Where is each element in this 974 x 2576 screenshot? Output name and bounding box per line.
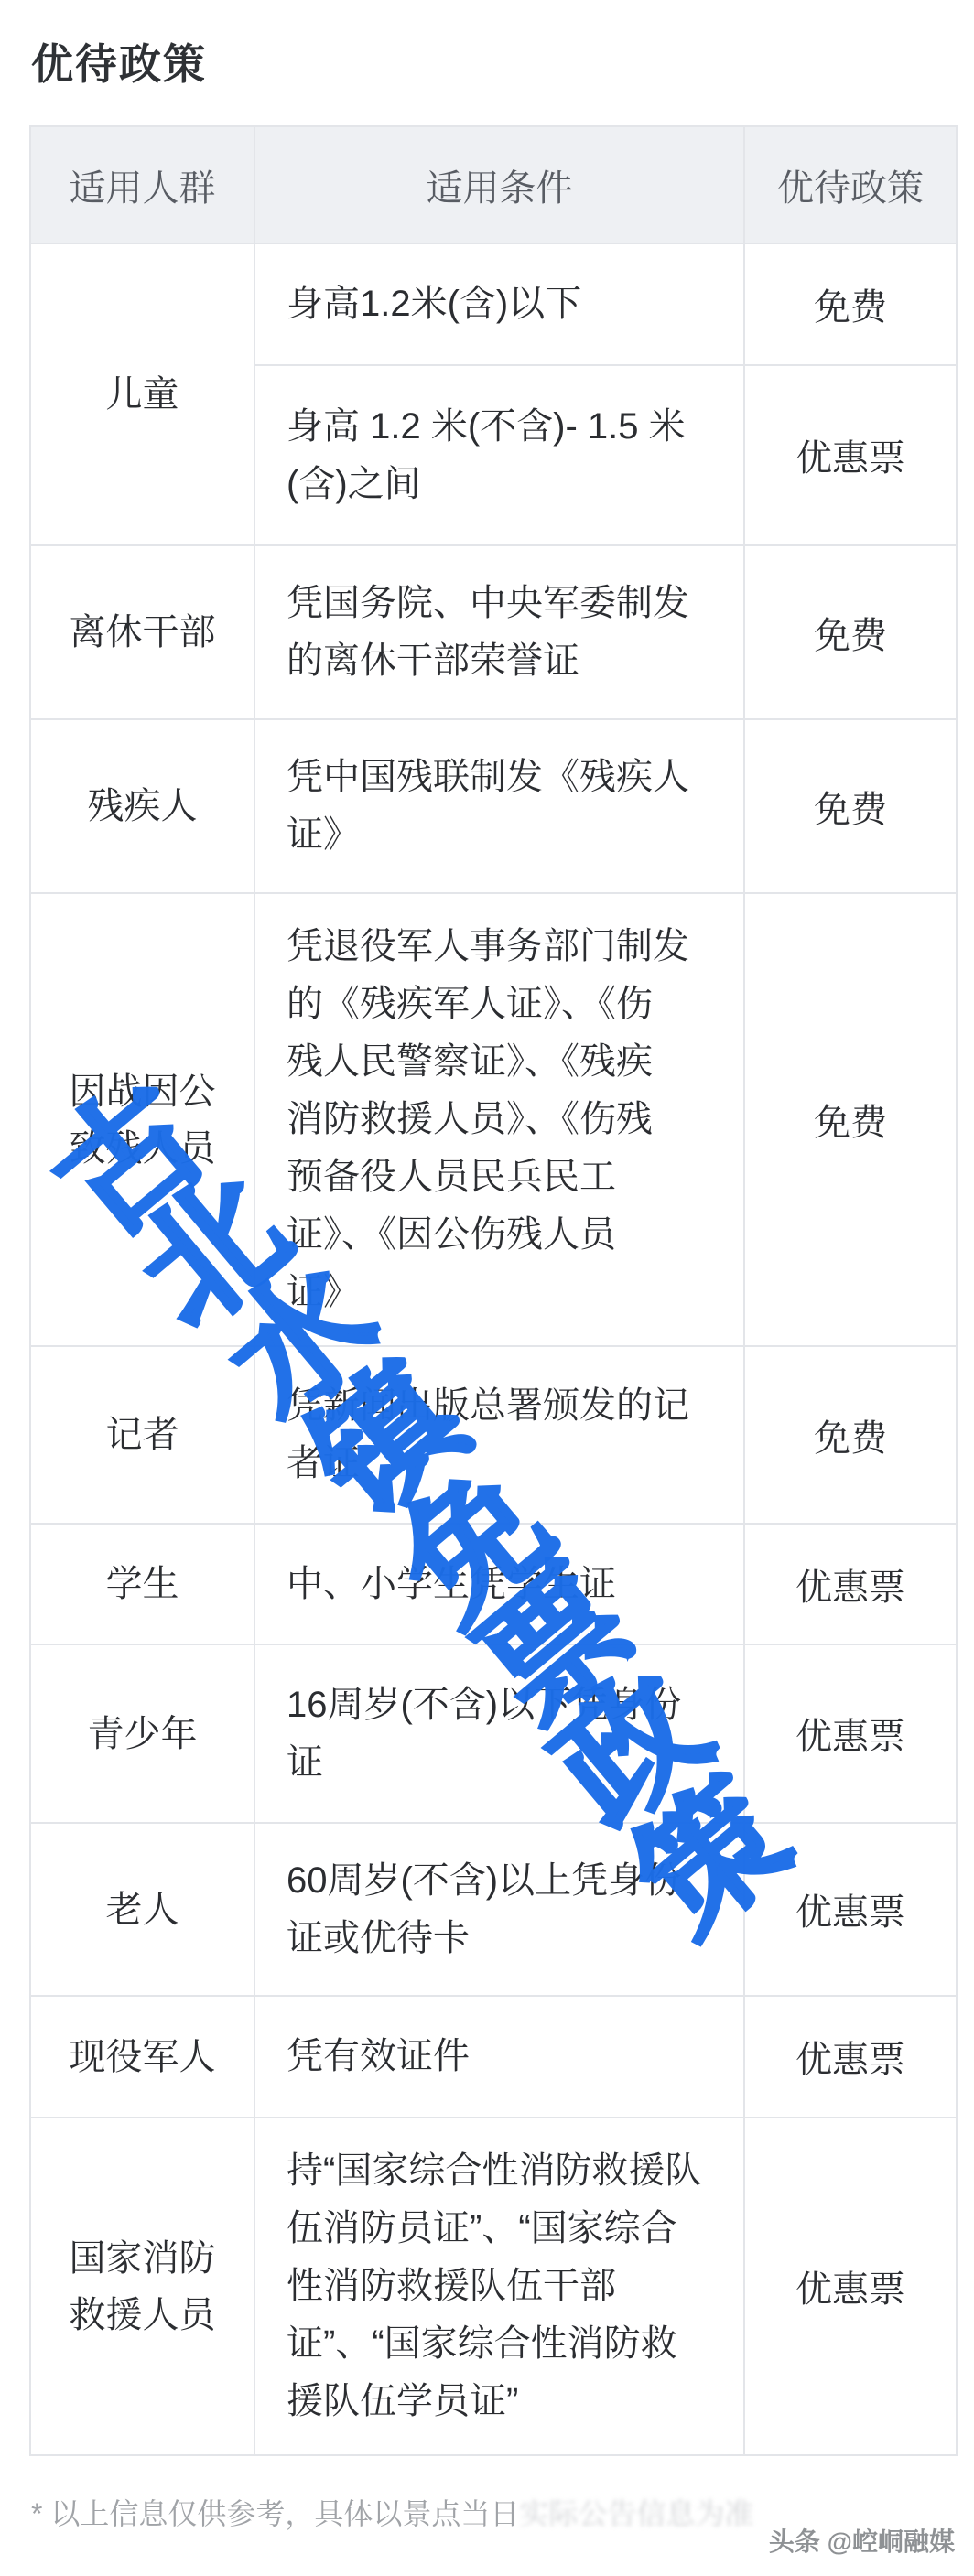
policy-cell: 免费 (744, 1346, 957, 1524)
policy-cell: 优惠票 (744, 1524, 957, 1644)
policy-cell: 优惠票 (744, 365, 957, 545)
policy-cell: 优惠票 (744, 1823, 957, 1996)
table-row: 因战因公 致残人员 凭退役军人事务部门制发 的《残疾军人证》、《伤 残人民警察证… (30, 893, 957, 1346)
footnote-visible-text: * 以上信息仅供参考，具体以景点当日 (31, 2497, 519, 2530)
preferential-policy-table: 适用人群 适用条件 优待政策 儿童 身高1.2米(含)以下 免费 身高 1.2 … (29, 125, 958, 2456)
condition-cell: 持“国家综合性消防救援队 伍消防员证”、“国家综合 性消防救援队伍干部 证”、“… (254, 2118, 744, 2455)
policy-cell: 优惠票 (744, 2118, 957, 2455)
column-header-conditions: 适用条件 (254, 126, 744, 243)
condition-cell: 60周岁(不含)以上凭身份 证或优待卡 (254, 1823, 744, 1996)
group-cell-retired-cadre: 离休干部 (30, 545, 254, 719)
group-cell-active-military: 现役军人 (30, 1996, 254, 2118)
table-row: 国家消防 救援人员 持“国家综合性消防救援队 伍消防员证”、“国家综合 性消防救… (30, 2118, 957, 2455)
condition-cell: 身高 1.2 米(不含)- 1.5 米 (含)之间 (254, 365, 744, 545)
footnote: * 以上信息仅供参考，具体以景点当日实际公告信息为准 (31, 2491, 753, 2533)
policy-cell: 免费 (744, 719, 957, 893)
page-title: 优待政策 (31, 31, 207, 92)
table-header-row: 适用人群 适用条件 优待政策 (30, 126, 957, 243)
group-cell-journalist: 记者 (30, 1346, 254, 1524)
condition-cell: 凭有效证件 (254, 1996, 744, 2118)
condition-cell: 凭退役军人事务部门制发 的《残疾军人证》、《伤 残人民警察证》、《残疾 消防救援… (254, 893, 744, 1346)
condition-cell: 身高1.2米(含)以下 (254, 243, 744, 365)
policy-cell: 免费 (744, 243, 957, 365)
group-cell-fire-rescue: 国家消防 救援人员 (30, 2118, 254, 2455)
table-row: 离休干部 凭国务院、中央军委制发 的离休干部荣誉证 免费 (30, 545, 957, 719)
table-row: 学生 中、小学生凭学生证 优惠票 (30, 1524, 957, 1644)
group-cell-war-disabled: 因战因公 致残人员 (30, 893, 254, 1346)
policy-cell: 免费 (744, 545, 957, 719)
group-cell-senior: 老人 (30, 1823, 254, 1996)
policy-cell: 优惠票 (744, 1996, 957, 2118)
condition-cell: 16周岁(不含)以下凭身份 证 (254, 1644, 744, 1823)
footnote-blurred-text: 实际公告信息为准 (519, 2497, 753, 2530)
table-row: 儿童 身高1.2米(含)以下 免费 (30, 243, 957, 365)
column-header-policy: 优待政策 (744, 126, 957, 243)
policy-cell: 免费 (744, 893, 957, 1346)
group-cell-student: 学生 (30, 1524, 254, 1644)
condition-cell: 凭中国残联制发《残疾人 证》 (254, 719, 744, 893)
group-cell-youth: 青少年 (30, 1644, 254, 1823)
table-row: 残疾人 凭中国残联制发《残疾人 证》 免费 (30, 719, 957, 893)
condition-cell: 凭新闻出版总署颁发的记 者证 (254, 1346, 744, 1524)
table-row: 记者 凭新闻出版总署颁发的记 者证 免费 (30, 1346, 957, 1524)
table-row: 老人 60周岁(不含)以上凭身份 证或优待卡 优惠票 (30, 1823, 957, 1996)
condition-cell: 凭国务院、中央军委制发 的离休干部荣誉证 (254, 545, 744, 719)
platform-credit: 头条 @崆峒融媒 (769, 2522, 955, 2559)
column-header-applicable-group: 适用人群 (30, 126, 254, 243)
table-row: 现役军人 凭有效证件 优惠票 (30, 1996, 957, 2118)
policy-cell: 优惠票 (744, 1644, 957, 1823)
table-row: 青少年 16周岁(不含)以下凭身份 证 优惠票 (30, 1644, 957, 1823)
group-cell-disabled: 残疾人 (30, 719, 254, 893)
group-cell-children: 儿童 (30, 243, 254, 545)
condition-cell: 中、小学生凭学生证 (254, 1524, 744, 1644)
